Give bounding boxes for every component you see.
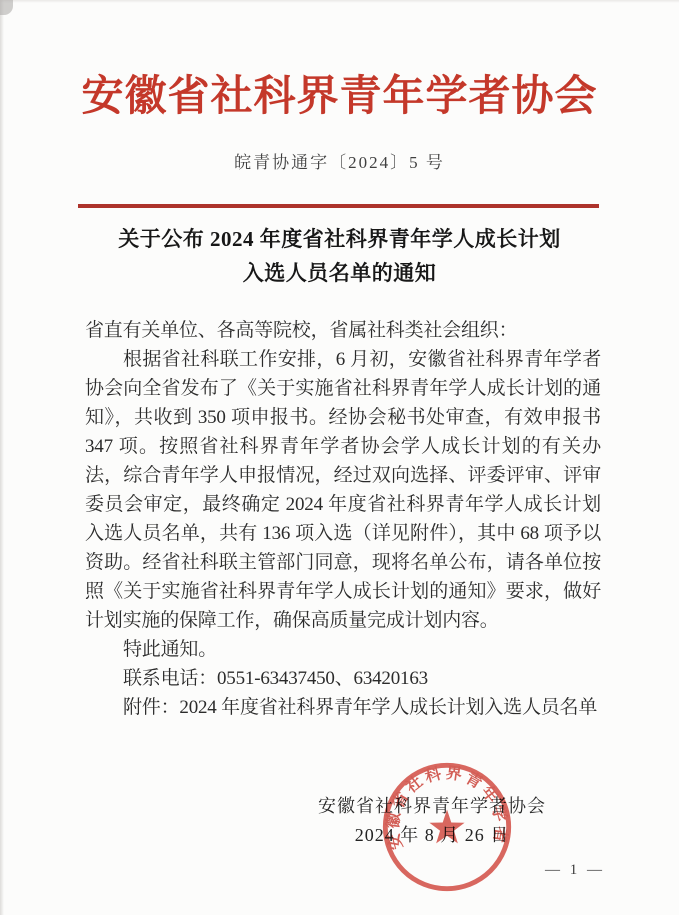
page-number: — 1 — — [545, 862, 605, 879]
attachment-line: 附件：2024 年度省社科界青年学人成长计划入选人员名单 — [85, 693, 601, 722]
official-notice-page: 安徽省社科界青年学者协会 皖青协通字〔2024〕5 号 关于公布 2024 年度… — [0, 0, 679, 915]
seal-star — [429, 810, 464, 844]
notice-title: 关于公布 2024 年度省社科界青年学人成长计划 入选人员名单的通知 — [0, 222, 679, 290]
letterhead-org-title: 安徽省社科界青年学者协会 — [0, 63, 679, 123]
contact-phone-line: 联系电话：0551-63437450、63420163 — [85, 664, 601, 693]
closing-line: 特此通知。 — [85, 635, 601, 664]
scan-edge-left — [0, 0, 4, 915]
scan-corner-artifact — [0, 0, 13, 15]
notice-title-line2: 入选人员名单的通知 — [0, 256, 679, 290]
seal-arc-text: 安徽省社科界青年学者协会 — [379, 759, 511, 852]
notice-body: 省直有关单位、各高等院校，省属社科类社会组织： 根据省社科联工作安排，6 月初，… — [85, 316, 601, 722]
document-number: 皖青协通字〔2024〕5 号 — [0, 148, 679, 173]
main-paragraph: 根据省社科联工作安排，6 月初，安徽省社科界青年学者协会向全省发布了《关于实施省… — [85, 345, 601, 635]
red-divider-line — [78, 204, 599, 208]
official-seal: 安徽省社科界青年学者协会 — [379, 759, 515, 895]
notice-title-line1: 关于公布 2024 年度省社科界青年学人成长计划 — [0, 222, 679, 256]
salutation-line: 省直有关单位、各高等院校，省属社科类社会组织： — [85, 316, 601, 345]
svg-text:安徽省社科界青年学者协会: 安徽省社科界青年学者协会 — [379, 759, 511, 852]
scan-edge-top — [0, 0, 679, 3]
